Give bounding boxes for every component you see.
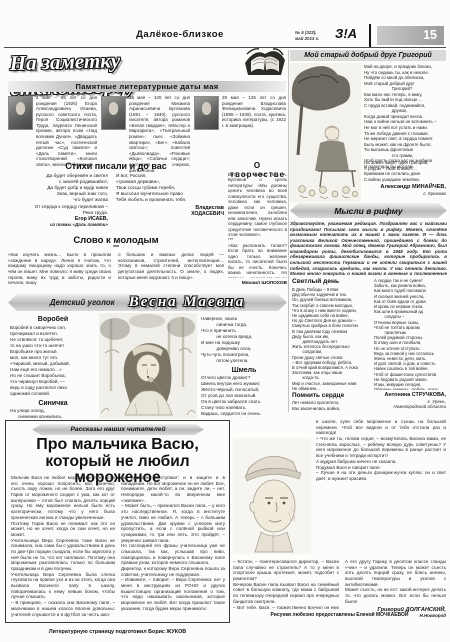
date-entry: 2 мая – 85 лет со дня рождения (1926) Ег… (8, 95, 97, 161)
bumblebee-poem: Отчего цветок дрожит? Шмель внутри него … (201, 375, 287, 418)
titmouse-poem-2: Наверное, знала синичка тогда, Что я при… (201, 316, 287, 364)
stars-separator: *** (8, 245, 224, 251)
minaychev-place: с. Крюково (356, 191, 446, 196)
illustrations-credit: Рисунки любезно предоставлены Еленой МОЧ… (233, 612, 446, 618)
feature-title: На заметку стихотворцу (9, 45, 248, 101)
header-divider (369, 24, 371, 47)
story-col3: в школе, купи себе мороженое и съешь на … (316, 419, 446, 557)
story-col1: Мальчик Вася не любил мороженое. Он, есл… (11, 475, 115, 618)
minaychev-signature: Александр МИНАЙЧЕВ, (356, 184, 446, 190)
struchkova-signature: Антонина СТРУЧКОВА, (352, 392, 446, 398)
kids-corner-banner: Детский уголок Весна Маевна (8, 294, 287, 311)
date-entry-text: 28 мая – 125 лет со дня рождения Владисл… (222, 95, 286, 128)
story-col4: – Кстати, – поинтересовался директор, – … (233, 559, 339, 609)
struchkova-place: г. Урень, Нижегородской области (352, 399, 446, 409)
dates-subtitle: Памятные литературные даты мая (8, 81, 286, 92)
kids-left-column: Воробей Воробей в скворечню сел, прочири… (10, 316, 96, 418)
writer-portrait-photo (194, 96, 219, 130)
girl-sketch-illustration (99, 313, 197, 424)
isaev-poem: Да будет обережён и светел с землёй роди… (8, 173, 108, 216)
date-entry: 16 мая – 120 лет со дня рождения Михаила… (101, 95, 190, 161)
story-title-line1: Про мальчика Васю, (6, 437, 229, 454)
column-divider (288, 50, 289, 412)
titmouse-poem: На улице холод, снежинки кружились. Не з… (10, 408, 96, 418)
story-col5-block: А его другу Гарику в десятом классе глан… (345, 559, 446, 618)
date-entry: 28 мая – 125 лет со дня рождения Владисл… (194, 95, 286, 161)
readers-stories-label: Рассказы наших читателей (71, 426, 166, 433)
page-section-title: Далёкое-близкое (100, 29, 260, 40)
writer-portrait-photo (101, 96, 126, 130)
bright-day-poem-col1: В День Победы – 9 Мая Дед обычно задумчи… (292, 287, 370, 390)
creativity-text: Вот что писал М. А. Булгаков о целях лит… (228, 172, 287, 278)
boy-sketch-illustration (233, 438, 311, 559)
reader-letter: Здравствуйте, уважаемая редакция. Поздра… (290, 221, 447, 276)
youth-text-col2: о больших и важных делах людей — колхозн… (118, 252, 224, 293)
story-col5: А его другу Гарику в десятом классе глан… (345, 559, 446, 605)
poems-section-title: Стихи писали и до вас (8, 161, 224, 171)
old-man-sketch-illustration (290, 63, 361, 207)
readers-stories-banner: Рассказы наших читателей (32, 424, 204, 435)
issue-info: № 5 (323), май 2013 г. (295, 30, 319, 42)
bright-day-poem-col2: А сердце так и не сумеет Забыть, как ран… (374, 278, 448, 390)
story-col2: лы достойно выступают: и в защите и в на… (121, 475, 225, 618)
titmouse-poem-title: Синичка (10, 400, 96, 407)
date-entry-text: 2 мая – 85 лет со дня рождения (1926) Ег… (36, 95, 97, 168)
grigory-section-title: Мой старый добрый друг Григорий (290, 50, 446, 61)
page-number-badge: 15 (377, 26, 444, 45)
grigory-poem: Май на дворе, и праздник близко, Ну что … (364, 64, 446, 169)
newspaper-page: Далёкое-близкое № 5 (323), май 2013 г. З… (0, 0, 450, 642)
open-book-icon (243, 45, 287, 84)
rhyme-thoughts-banner: Мысли в рифму (290, 203, 447, 218)
rhyme-thoughts-label: Мысли в рифму (334, 206, 402, 216)
sparrow-poem-title: Воробей (10, 316, 96, 323)
isaev-source: из поэмы «Даль памяти» (8, 222, 108, 227)
grigory-poem-stanza2: На Земле живёт один Григорий, А рядом – … (364, 160, 446, 183)
khodasevich-signature: Владислав ХОДАСЕВИЧ (116, 205, 224, 217)
kids-corner-title: Весна Маевна (129, 294, 246, 311)
kids-right-column: Наверное, знала синичка тогда, Что я при… (201, 316, 287, 418)
sparrow-poem: Воробей в скворечню сел, прочирикал и вз… (10, 325, 96, 397)
newspaper-logo: З!А (335, 26, 357, 41)
writer-portrait-photo (8, 96, 33, 130)
bright-day-title: Светлый день (292, 278, 366, 285)
sholokhov-signature: Михаил ШОЛОХОВ (228, 281, 287, 286)
page-editor-credit: Литературную страницу подготовил Борис Ж… (5, 629, 230, 635)
khodasevich-poem: И вот, Россия, «громкая держава», Твои с… (116, 173, 224, 204)
youth-text-col1: «Как изучать жизнь… Было в прошлом «хожд… (8, 252, 111, 293)
bumblebee-poem-title: Шмель (201, 367, 287, 374)
kids-corner-label: Детский уголок (50, 298, 115, 307)
